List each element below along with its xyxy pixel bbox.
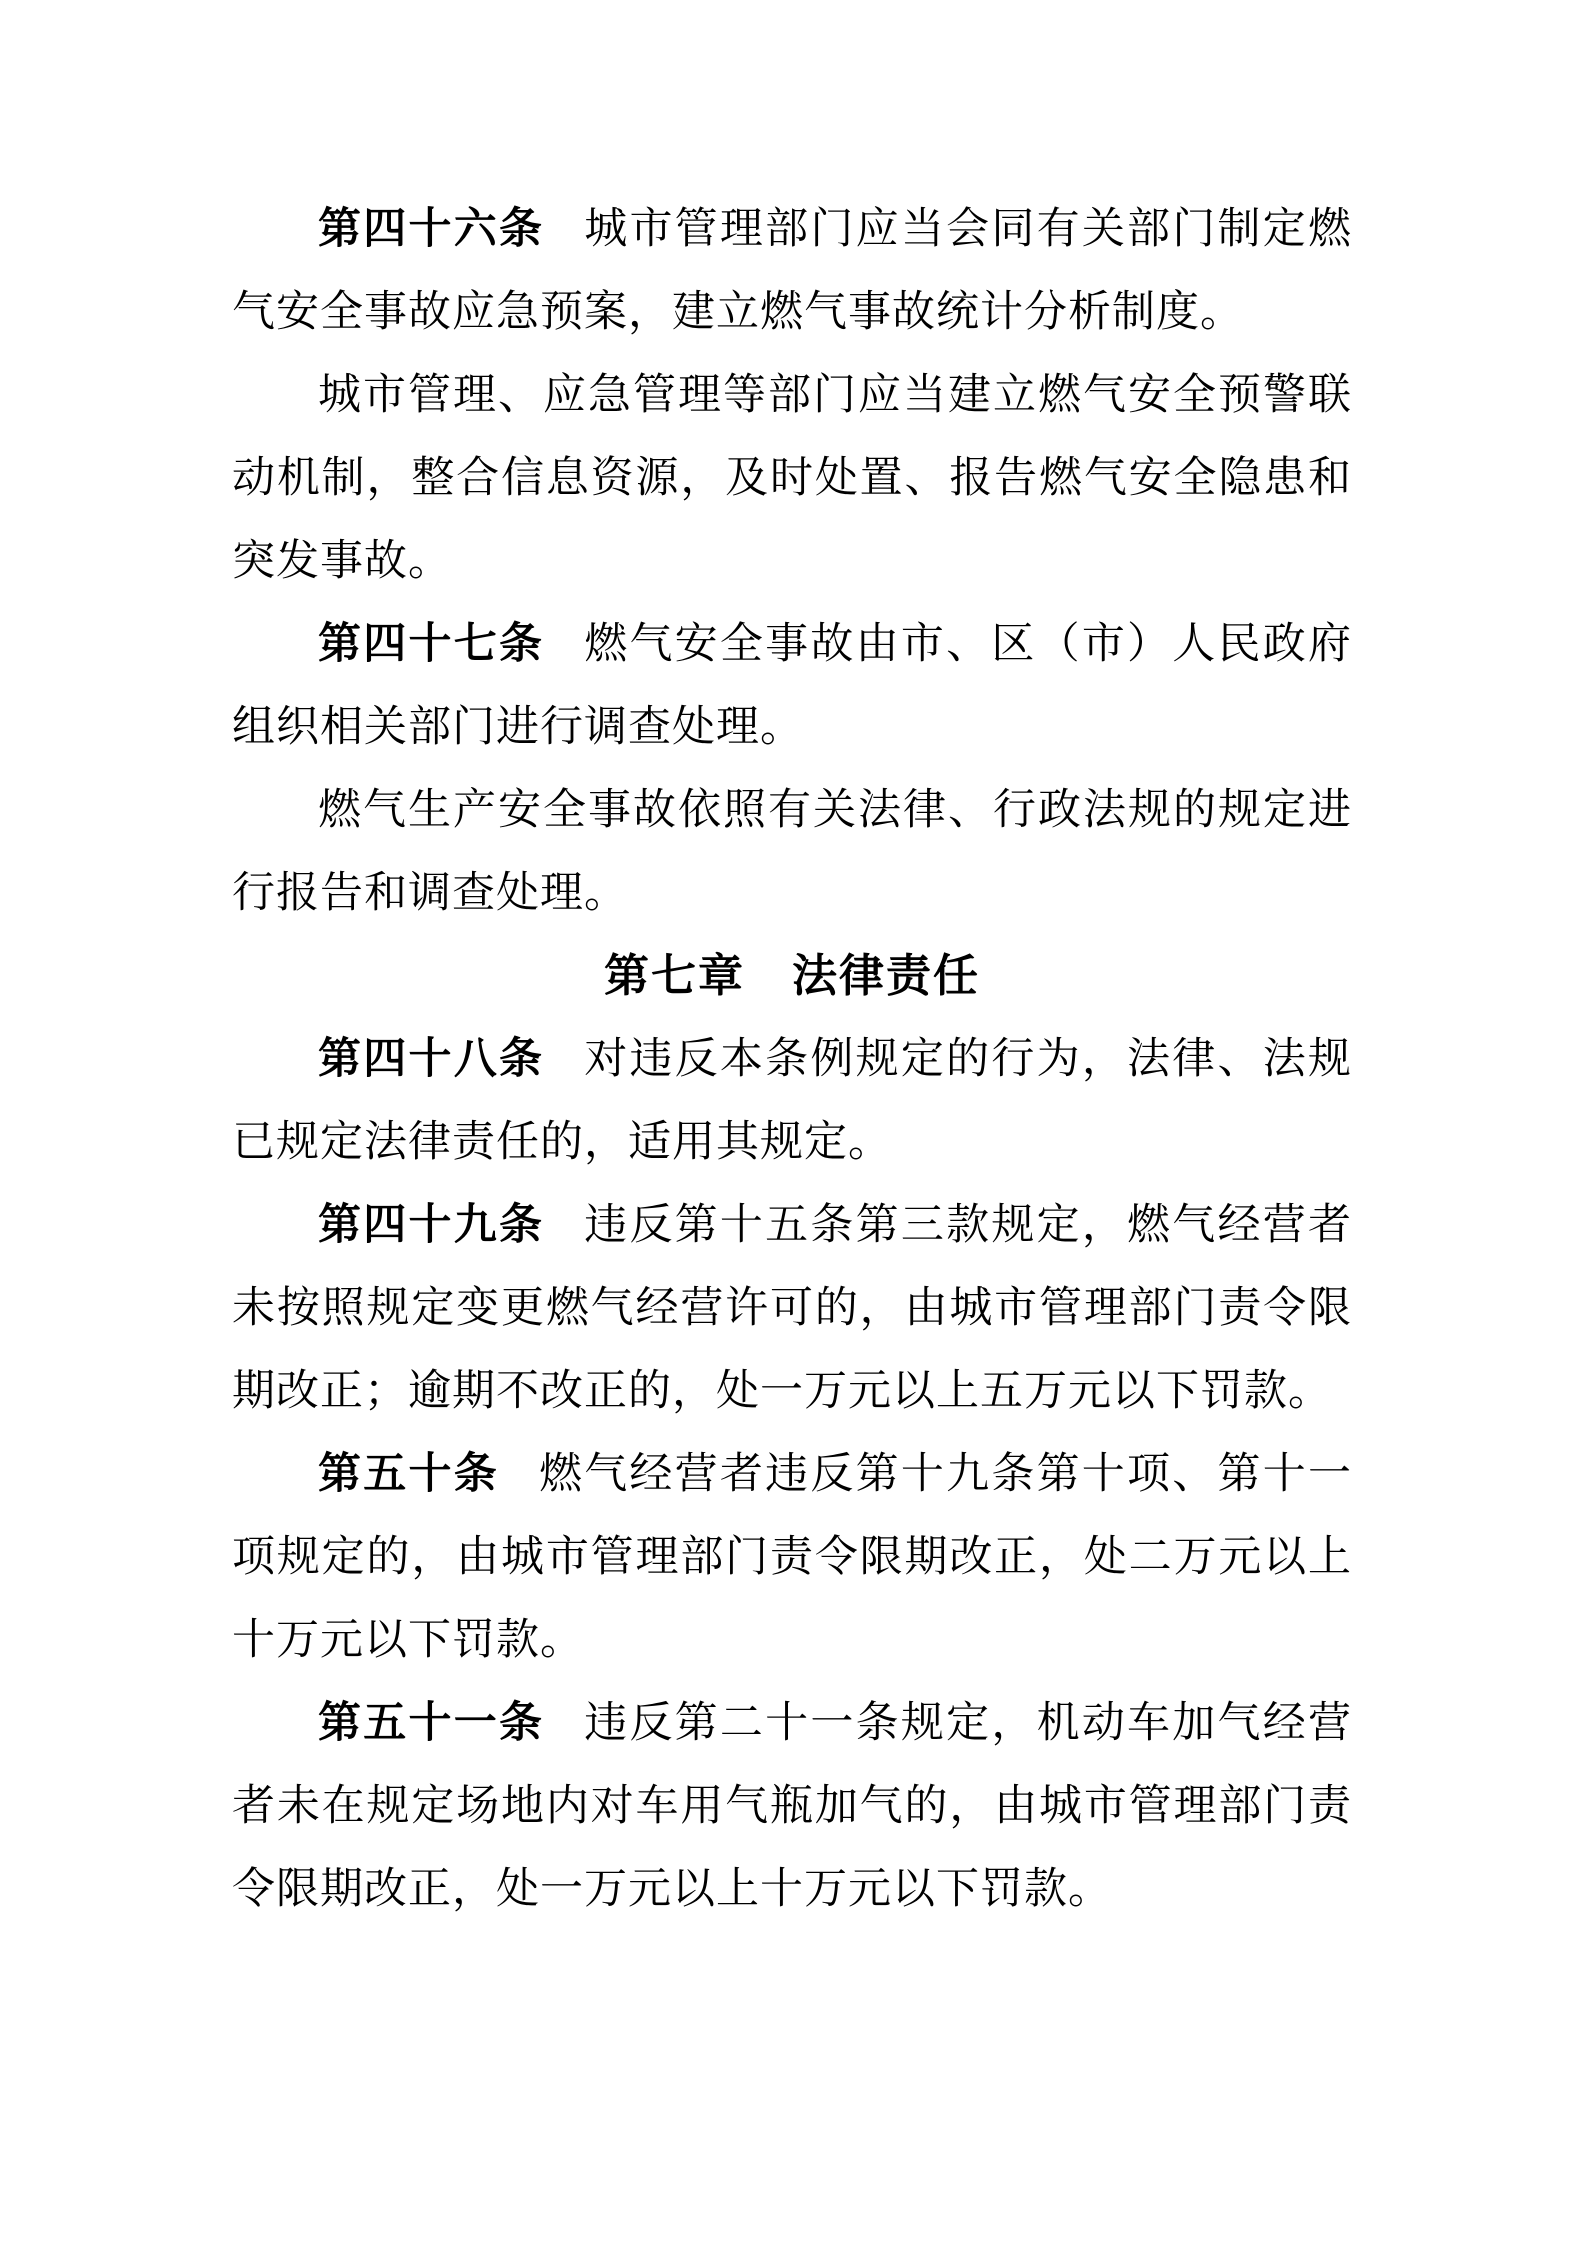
paragraph-article-50: 第五十条燃气经营者违反第十九条第十项、第十一项规定的，由城市管理部门责令限期改正… [232, 1433, 1352, 1682]
paragraph-warning-linkage: 城市管理、应急管理等部门应当建立燃气安全预警联动机制，整合信息资源，及时处置、报… [232, 354, 1352, 603]
paragraph-article-48: 第四十八条对违反本条例规定的行为，法律、法规已规定法律责任的，适用其规定。 [232, 1018, 1352, 1184]
article-51-number: 第五十一条 [318, 1700, 544, 1747]
paragraph-production-accident: 燃气生产安全事故依照有关法律、行政法规的规定进行报告和调查处理。 [232, 769, 1352, 935]
article-49-number: 第四十九条 [318, 1202, 544, 1249]
paragraph-article-46: 第四十六条城市管理部门应当会同有关部门制定燃气安全事故应急预案，建立燃气事故统计… [232, 188, 1352, 354]
document-page: 第四十六条城市管理部门应当会同有关部门制定燃气安全事故应急预案，建立燃气事故统计… [0, 0, 1587, 2245]
article-50-number: 第五十条 [318, 1451, 499, 1498]
article-47-number: 第四十七条 [318, 621, 544, 668]
chapter-7-heading: 第七章 法律责任 [232, 935, 1352, 1018]
article-48-number: 第四十八条 [318, 1036, 544, 1083]
paragraph-article-51: 第五十一条违反第二十一条规定，机动车加气经营者未在规定场地内对车用气瓶加气的，由… [232, 1682, 1352, 1931]
paragraph-article-47: 第四十七条燃气安全事故由市、区（市）人民政府组织相关部门进行调查处理。 [232, 603, 1352, 769]
paragraph-warning-linkage-text: 城市管理、应急管理等部门应当建立燃气安全预警联动机制，整合信息资源，及时处置、报… [232, 372, 1352, 585]
paragraph-production-accident-text: 燃气生产安全事故依照有关法律、行政法规的规定进行报告和调查处理。 [232, 787, 1352, 917]
article-46-number: 第四十六条 [318, 206, 544, 253]
paragraph-article-49: 第四十九条违反第十五条第三款规定，燃气经营者未按照规定变更燃气经营许可的，由城市… [232, 1184, 1352, 1433]
